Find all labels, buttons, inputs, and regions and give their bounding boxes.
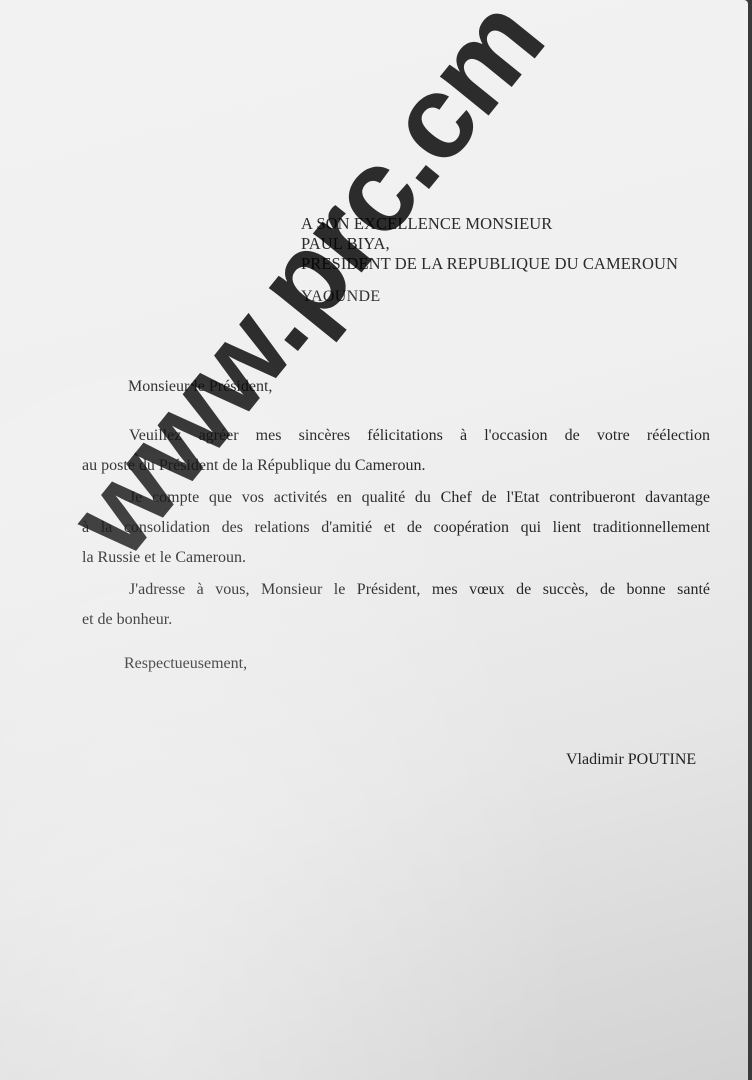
recipient-block: A SON EXCELLENCE MONSIEUR PAUL BIYA, PRE…	[301, 214, 678, 274]
recipient-line: PRESIDENT DE LA REPUBLIQUE DU CAMEROUN	[301, 254, 678, 274]
signature: Vladimir POUTINE	[566, 751, 696, 769]
paragraph-line: J'adresse à vous, Monsieur le Président,…	[82, 575, 710, 605]
paragraph-congratulations: Veuillez agréer mes sincères félicitatio…	[82, 421, 710, 481]
paragraph-wishes: J'adresse à vous, Monsieur le Président,…	[82, 575, 710, 635]
salutation: Monsieur le Président,	[128, 378, 272, 396]
paragraph-line: la Russie et le Cameroun.	[82, 543, 710, 573]
paragraph-line: Je compte que vos activités en qualité d…	[82, 483, 710, 513]
paragraph-cooperation: Je compte que vos activités en qualité d…	[82, 483, 710, 573]
paragraph-line: à la consolidation des relations d'amiti…	[82, 513, 710, 543]
closing: Respectueusement,	[124, 655, 247, 673]
letter-page: A SON EXCELLENCE MONSIEUR PAUL BIYA, PRE…	[0, 0, 748, 1080]
recipient-city: YAOUNDE	[301, 288, 380, 306]
paragraph-line: au poste du Président de la République d…	[82, 451, 710, 481]
recipient-line: PAUL BIYA,	[301, 234, 678, 254]
recipient-line: A SON EXCELLENCE MONSIEUR	[301, 214, 678, 234]
paragraph-line: et de bonheur.	[82, 605, 710, 635]
paragraph-line: Veuillez agréer mes sincères félicitatio…	[82, 421, 710, 451]
